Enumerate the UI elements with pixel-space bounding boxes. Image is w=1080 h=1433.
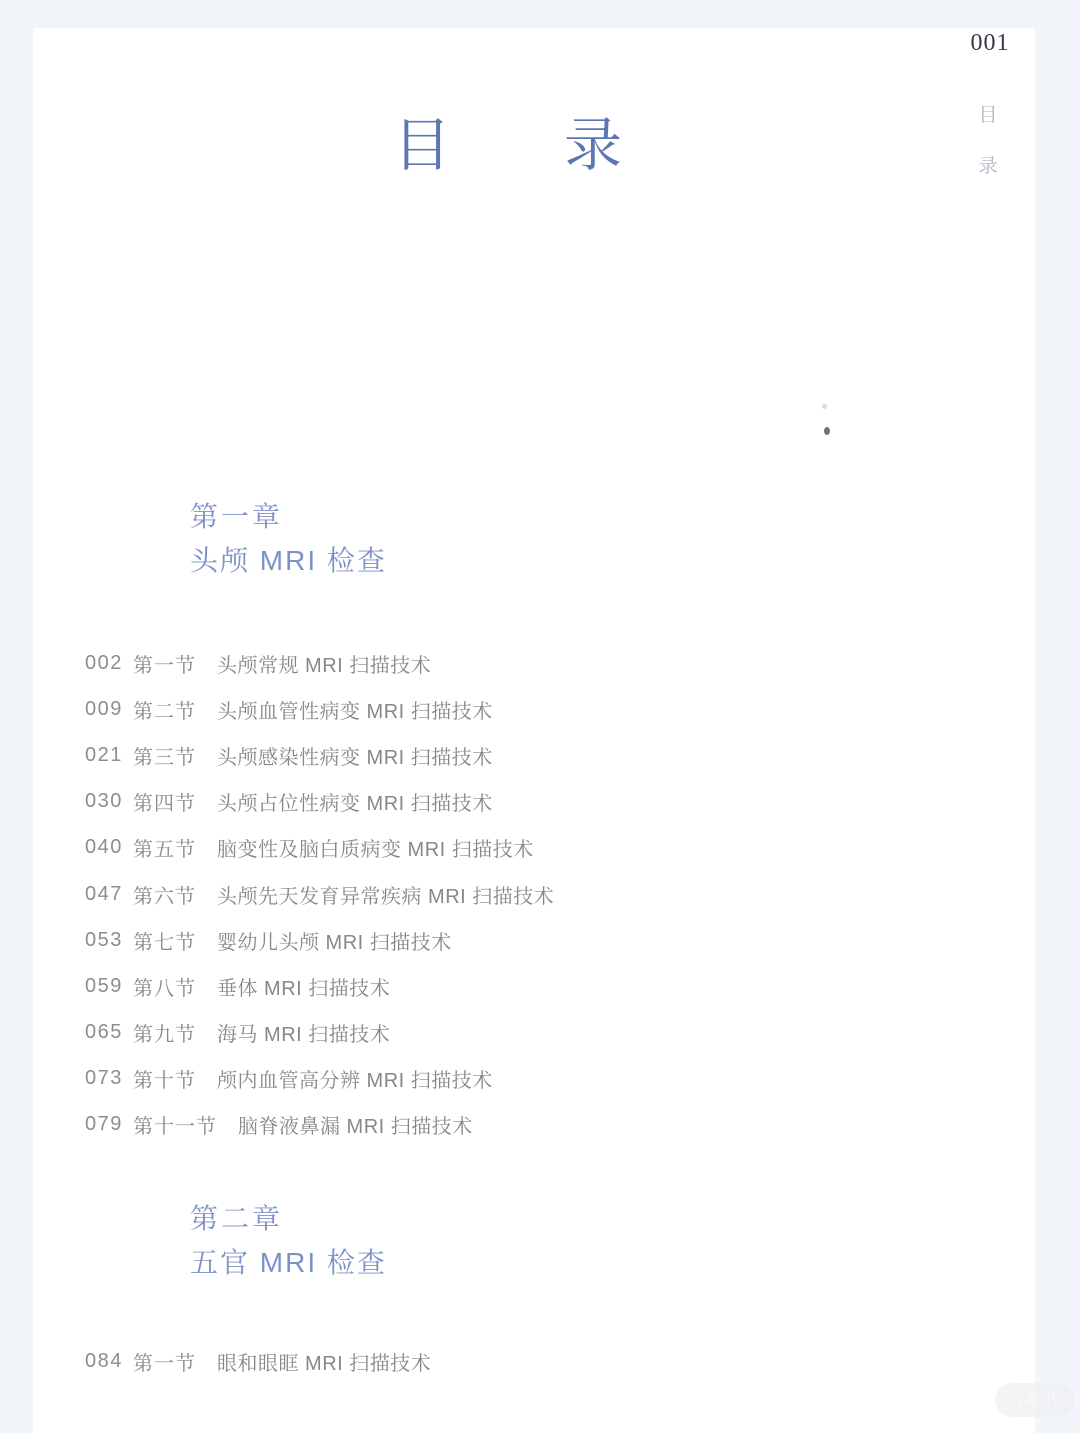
toc-entry: 002 第一节 头颅常规 MRI 扫描技术 — [85, 640, 554, 686]
toc-title: 目 录 — [393, 98, 622, 182]
entry-section-title: 颅内血管高分辨 MRI 扫描技术 — [217, 1064, 493, 1093]
xiaohongshu-watermark: 小红书 — [995, 1383, 1075, 1417]
entry-section-label: 第八节 — [133, 972, 196, 1001]
toc-entry: 059 第八节 垂体 MRI 扫描技术 — [85, 963, 554, 1009]
entry-section-label: 第六节 — [133, 880, 196, 909]
chapter-2-heading: 第二章 五官 MRI 检查 — [190, 1204, 387, 1278]
toc-entry: 047 第六节 头颅先天发育异常疾病 MRI 扫描技术 — [85, 871, 554, 917]
chapter-2-number: 第二章 — [190, 1204, 387, 1234]
entry-section-label: 第二节 — [133, 695, 196, 724]
entry-section-label: 第一节 — [133, 649, 196, 678]
entry-section-title: 头颅感染性病变 MRI 扫描技术 — [217, 741, 493, 770]
entry-section-label: 第十节 — [133, 1064, 196, 1093]
chapter-1-number: 第一章 — [190, 502, 387, 532]
toc-entry: 065 第九节 海马 MRI 扫描技术 — [85, 1010, 554, 1056]
toc-title-char-2: 录 — [564, 98, 622, 182]
entry-section-label: 第三节 — [133, 741, 196, 770]
entry-section-label: 第九节 — [133, 1018, 196, 1047]
entry-section-title: 头颅常规 MRI 扫描技术 — [217, 649, 431, 678]
entry-section-title: 垂体 MRI 扫描技术 — [217, 972, 390, 1001]
toc-title-char-1: 目 — [393, 98, 451, 182]
toc-entry: 073 第十节 颅内血管高分辨 MRI 扫描技术 — [85, 1056, 554, 1102]
entry-section-title: 脑变性及脑白质病变 MRI 扫描技术 — [217, 833, 534, 862]
entry-page-number: 053 — [85, 929, 133, 952]
entry-page-number: 040 — [85, 836, 133, 859]
margin-side-tab: 目 录 — [966, 100, 1010, 178]
entry-section-title: 头颅血管性病变 MRI 扫描技术 — [217, 695, 493, 724]
entry-page-number: 059 — [85, 975, 133, 998]
side-tab-char-1: 目 — [978, 100, 997, 127]
entry-section-title: 脑脊液鼻漏 MRI 扫描技术 — [238, 1110, 473, 1139]
entry-page-number: 009 — [85, 698, 133, 721]
entry-page-number: 065 — [85, 1021, 133, 1044]
entry-page-number: 021 — [85, 744, 133, 767]
entry-section-label: 第四节 — [133, 787, 196, 816]
toc-entry: 079 第十一节 脑脊液鼻漏 MRI 扫描技术 — [85, 1102, 554, 1148]
entry-section-label: 第十一节 — [133, 1110, 217, 1139]
photo-speck — [824, 427, 830, 435]
chapter-1-heading: 第一章 头颅 MRI 检查 — [190, 502, 387, 576]
printed-page-number: 001 — [960, 30, 1020, 57]
entry-page-number: 030 — [85, 790, 133, 813]
chapter-2-section-list: 084 第一节 眼和眼眶 MRI 扫描技术 — [85, 1338, 431, 1384]
entry-section-label: 第五节 — [133, 833, 196, 862]
chapter-2-title: 五官 MRI 检查 — [190, 1248, 387, 1278]
toc-entry: 053 第七节 婴幼儿头颅 MRI 扫描技术 — [85, 917, 554, 963]
chapter-1-section-list: 002 第一节 头颅常规 MRI 扫描技术 009 第二节 头颅血管性病变 MR… — [85, 640, 554, 1148]
entry-section-title: 婴幼儿头颅 MRI 扫描技术 — [217, 926, 452, 955]
toc-entry: 030 第四节 头颅占位性病变 MRI 扫描技术 — [85, 779, 554, 825]
side-tab-char-2: 录 — [978, 151, 997, 178]
toc-content: 001 目 录 目 录 第一章 头颅 MRI 检查 002 第一节 头颅常规 M… — [0, 0, 1080, 1433]
entry-page-number: 079 — [85, 1113, 133, 1136]
entry-page-number: 084 — [85, 1350, 133, 1373]
entry-page-number: 047 — [85, 883, 133, 906]
entry-section-title: 头颅先天发育异常疾病 MRI 扫描技术 — [217, 880, 554, 909]
entry-section-title: 眼和眼眶 MRI 扫描技术 — [217, 1347, 431, 1376]
entry-page-number: 002 — [85, 652, 133, 675]
entry-section-label: 第七节 — [133, 926, 196, 955]
toc-entry: 009 第二节 头颅血管性病变 MRI 扫描技术 — [85, 686, 554, 732]
toc-entry: 084 第一节 眼和眼眶 MRI 扫描技术 — [85, 1338, 431, 1384]
chapter-1-title: 头颅 MRI 检查 — [190, 546, 387, 576]
toc-entry: 040 第五节 脑变性及脑白质病变 MRI 扫描技术 — [85, 825, 554, 871]
entry-section-label: 第一节 — [133, 1347, 196, 1376]
toc-entry: 021 第三节 头颅感染性病变 MRI 扫描技术 — [85, 732, 554, 778]
photo-speck — [822, 404, 827, 409]
entry-page-number: 073 — [85, 1067, 133, 1090]
entry-section-title: 海马 MRI 扫描技术 — [217, 1018, 390, 1047]
entry-section-title: 头颅占位性病变 MRI 扫描技术 — [217, 787, 493, 816]
